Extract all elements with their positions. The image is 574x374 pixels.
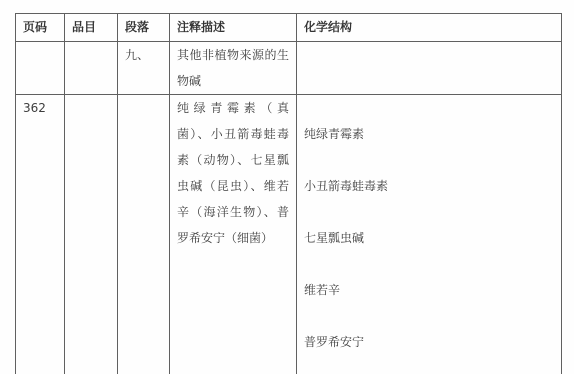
cell-chemical-structure: 纯绿青霉素 小丑箭毒蛙毒素 七星瓢虫碱 维若辛 普罗希安宁 <box>297 95 562 374</box>
annotation-line: 素（动物）、七星瓢 <box>177 147 289 173</box>
table-row: 九、 其他非植物来源的生 物碱 <box>16 42 562 95</box>
cell-page-number <box>16 42 65 95</box>
table-header-row: 页码 品目 段落 注释描述 化学结构 <box>16 14 562 42</box>
table-row: 362 纯绿青霉素（真 菌）、小丑箭毒蛙毒 素（动物）、七星瓢 虫碱（昆虫）、维… <box>16 95 562 374</box>
annotation-line: 辛（海洋生物）、普 <box>177 199 289 225</box>
chemical-structure-list: 纯绿青霉素 小丑箭毒蛙毒素 七星瓢虫碱 维若辛 普罗希安宁 <box>304 95 554 355</box>
annotation-line: 其他非植物来源的生 <box>177 42 289 68</box>
cell-paragraph <box>118 95 170 374</box>
cell-item <box>65 95 118 374</box>
col-header-item: 品目 <box>65 14 118 42</box>
annotation-line: 虫碱（昆虫）、维若 <box>177 173 289 199</box>
cell-item <box>65 42 118 95</box>
cell-annotation: 纯绿青霉素（真 菌）、小丑箭毒蛙毒 素（动物）、七星瓢 虫碱（昆虫）、维若 辛（… <box>170 95 297 374</box>
chemical-structure-entry: 维若辛 <box>304 277 554 303</box>
col-header-page: 页码 <box>16 14 65 42</box>
cell-annotation: 其他非植物来源的生 物碱 <box>170 42 297 95</box>
cell-paragraph: 九、 <box>118 42 170 95</box>
annotation-line: 物碱 <box>177 68 289 94</box>
chemical-structure-entry: 七星瓢虫碱 <box>304 225 554 251</box>
chemical-structure-entry: 小丑箭毒蛙毒素 <box>304 173 554 199</box>
cell-chemical-structure <box>297 42 562 95</box>
chemical-structure-entry: 纯绿青霉素 <box>304 121 554 147</box>
annotation-table: 页码 品目 段落 注释描述 化学结构 九、 其他非植物来源的生 物碱 362 <box>15 13 562 374</box>
col-header-annotation: 注释描述 <box>170 14 297 42</box>
document-page: 页码 品目 段落 注释描述 化学结构 九、 其他非植物来源的生 物碱 362 <box>0 0 574 374</box>
annotation-line: 纯绿青霉素（真 <box>177 95 289 121</box>
cell-page-number: 362 <box>16 95 65 374</box>
annotation-line: 罗希安宁（细菌） <box>177 225 289 251</box>
col-header-chemical-structure: 化学结构 <box>297 14 562 42</box>
col-header-paragraph: 段落 <box>118 14 170 42</box>
chemical-structure-entry: 普罗希安宁 <box>304 329 554 355</box>
annotation-line: 菌）、小丑箭毒蛙毒 <box>177 121 289 147</box>
